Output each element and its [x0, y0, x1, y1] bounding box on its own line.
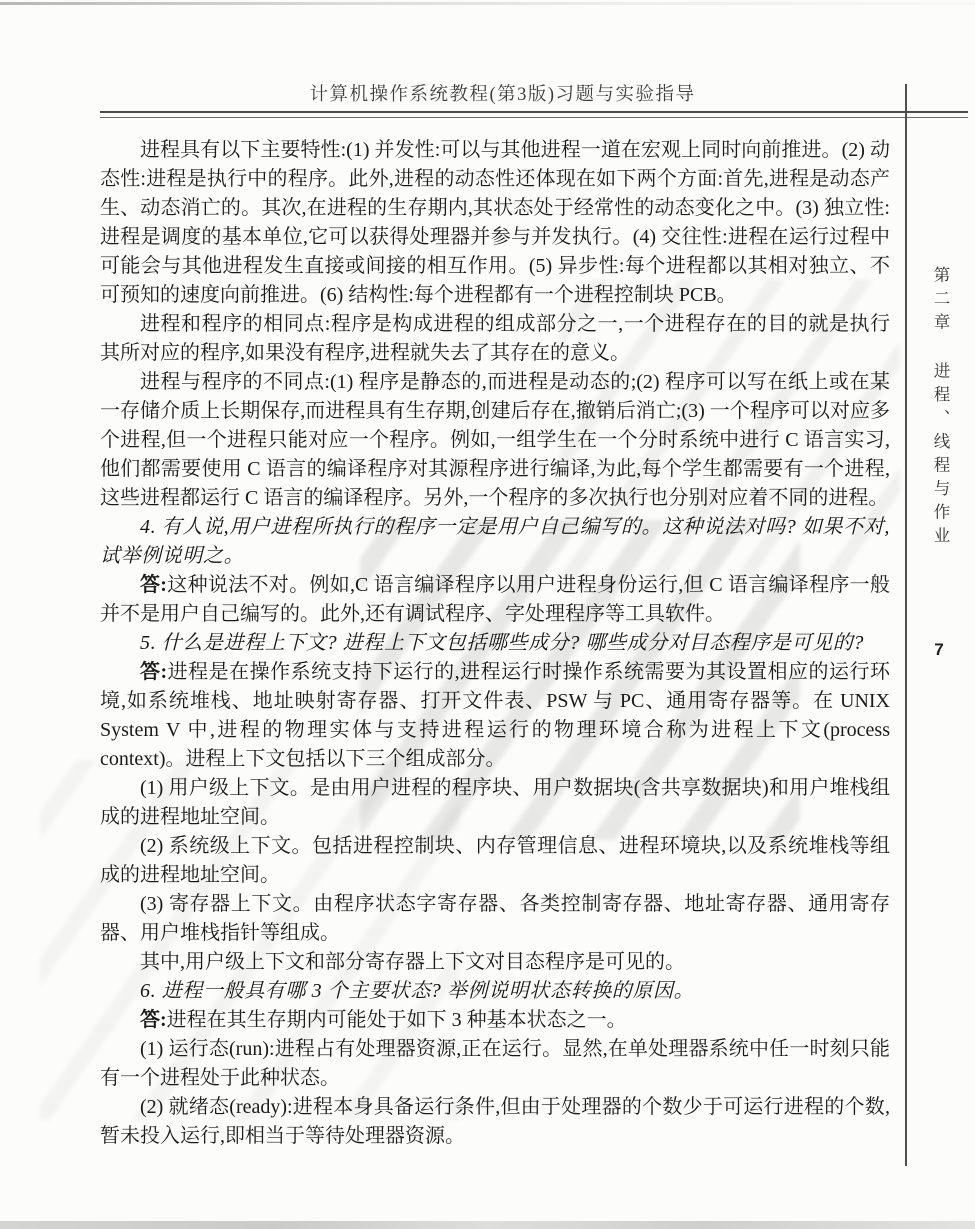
paragraph-body: 其中,用户级上下文和部分寄存器上下文对目态程序是可见的。	[100, 948, 890, 977]
paragraph-question: 6. 进程一般具有哪 3 个主要状态? 举例说明状态转换的原因。	[100, 977, 890, 1006]
paragraph-answer: 答:进程在其生存期内可能处于如下 3 种基本状态之一。	[100, 1006, 890, 1035]
book-page: 计算机操作系统教程(第3版)习题与实验指导 第二章进程、线程与作业 7 进程具有…	[0, 0, 975, 1229]
answer-label: 答:	[140, 661, 167, 683]
chapter-margin-tab: 第二章进程、线程与作业	[907, 138, 973, 678]
running-head-title: 计算机操作系统教程(第3版)习题与实验指导	[100, 80, 905, 106]
answer-label: 答:	[140, 1009, 167, 1031]
page-number: 7	[905, 640, 973, 660]
paragraph-body: (1) 运行态(run):进程占有处理器资源,正在运行。显然,在单处理器系统中任…	[100, 1035, 890, 1093]
paragraph-body: 进程和程序的相同点:程序是构成进程的组成部分之一,一个进程存在的目的就是执行其所…	[100, 310, 890, 368]
paragraph-answer: 答:进程是在操作系统支持下运行的,进程运行时操作系统需要为其设置相应的运行环境,…	[100, 658, 890, 774]
answer-label: 答:	[140, 574, 167, 596]
paragraph-body: (1) 用户级上下文。是由用户进程的程序块、用户数据块(含共享数据块)和用户堆栈…	[100, 774, 890, 832]
paragraph-body: 进程具有以下主要特性:(1) 并发性:可以与其他进程一道在宏观上同时向前推进。(…	[100, 136, 890, 310]
paragraph-question: 4. 有人说,用户进程所执行的程序一定是用户自己编写的。这种说法对吗? 如果不对…	[100, 513, 890, 571]
scan-bottom-edge	[0, 1221, 975, 1229]
chapter-label: 第二章	[907, 266, 973, 337]
chapter-tab-gap	[907, 336, 973, 362]
scan-top-edge	[0, 2, 975, 5]
header-rule-thin	[100, 117, 968, 118]
header-rule-thick	[100, 111, 968, 113]
main-text-block: 进程具有以下主要特性:(1) 并发性:可以与其他进程一道在宏观上同时向前推进。(…	[100, 136, 890, 1151]
chapter-name: 进程、线程与作业	[907, 362, 973, 550]
paragraph-body: (3) 寄存器上下文。由程序状态字寄存器、各类控制寄存器、地址寄存器、通用寄存器…	[100, 890, 890, 948]
paragraph-body: 进程与程序的不同点:(1) 程序是静态的,而进程是动态的;(2) 程序可以写在纸…	[100, 368, 890, 513]
paragraph-body: (2) 系统级上下文。包括进程控制块、内存管理信息、进程环境块,以及系统堆栈等组…	[100, 832, 890, 890]
paragraph-answer: 答:这种说法不对。例如,C 语言编译程序以用户进程身份运行,但 C 语言编译程序…	[100, 571, 890, 629]
paragraph-body: (2) 就绪态(ready):进程本身具备运行条件,但由于处理器的个数少于可运行…	[100, 1093, 890, 1151]
paragraph-question: 5. 什么是进程上下文? 进程上下文包括哪些成分? 哪些成分对目态程序是可见的?	[100, 629, 890, 658]
